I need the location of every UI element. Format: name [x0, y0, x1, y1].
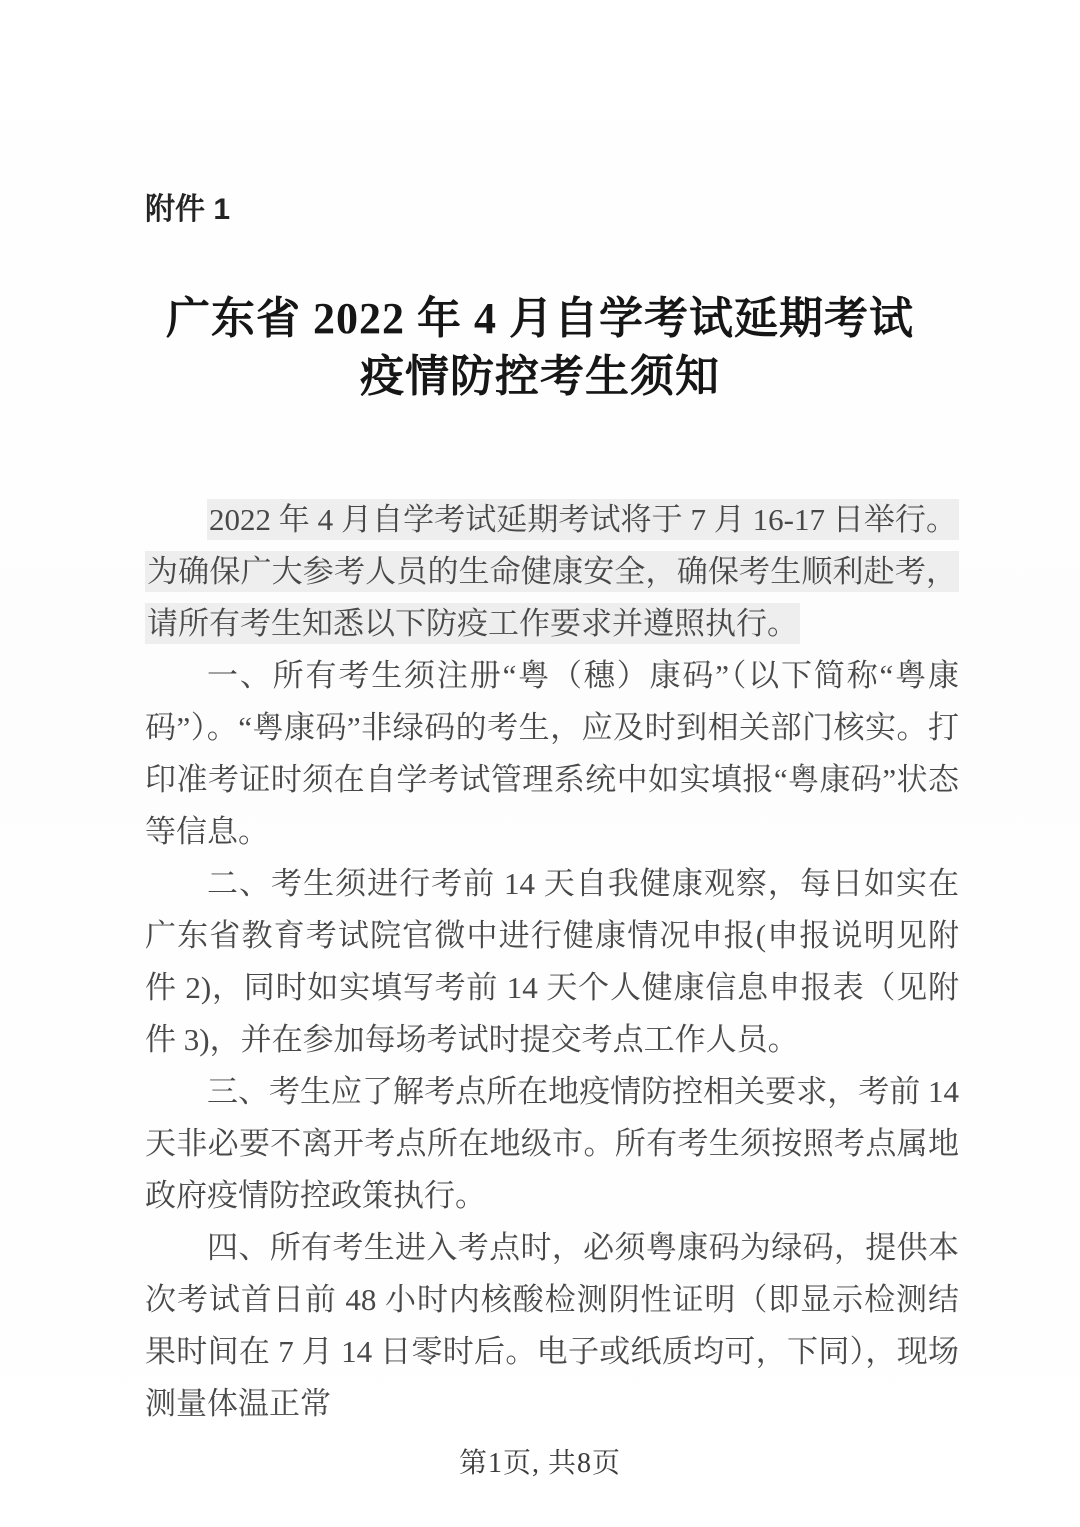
title-line-1: 广东省 2022 年 4 月自学考试延期考试 — [110, 290, 970, 348]
paragraph-item-4: 四、所有考生进入考点时，必须粤康码为绿码，提供本次考试首日前 48 小时内核酸检… — [145, 1222, 959, 1430]
attachment-label: 附件 1 — [145, 190, 230, 230]
paragraph-item-3: 三、考生应了解考点所在地疫情防控相关要求，考前 14 天非必要不离开考点所在地级… — [145, 1066, 959, 1222]
page-number: 第1页, 共8页 — [0, 1446, 1080, 1482]
document-title: 广东省 2022 年 4 月自学考试延期考试 疫情防控考生须知 — [110, 290, 970, 406]
document-page: 附件 1 广东省 2022 年 4 月自学考试延期考试 疫情防控考生须知 202… — [0, 0, 1080, 1527]
document-body: 2022 年 4 月自学考试延期考试将于 7 月 16-17 日举行。为确保广大… — [145, 494, 959, 1430]
title-line-2: 疫情防控考生须知 — [110, 348, 970, 406]
highlighted-intro-text: 2022 年 4 月自学考试延期考试将于 7 月 16-17 日举行。为确保广大… — [145, 499, 959, 644]
paragraph-intro-highlighted: 2022 年 4 月自学考试延期考试将于 7 月 16-17 日举行。为确保广大… — [145, 494, 959, 650]
paragraph-item-1: 一、所有考生须注册“粤（穗）康码”（以下简称“粤康码”）。“粤康码”非绿码的考生… — [145, 650, 959, 858]
paragraph-item-2: 二、考生须进行考前 14 天自我健康观察，每日如实在广东省教育考试院官微中进行健… — [145, 858, 959, 1066]
